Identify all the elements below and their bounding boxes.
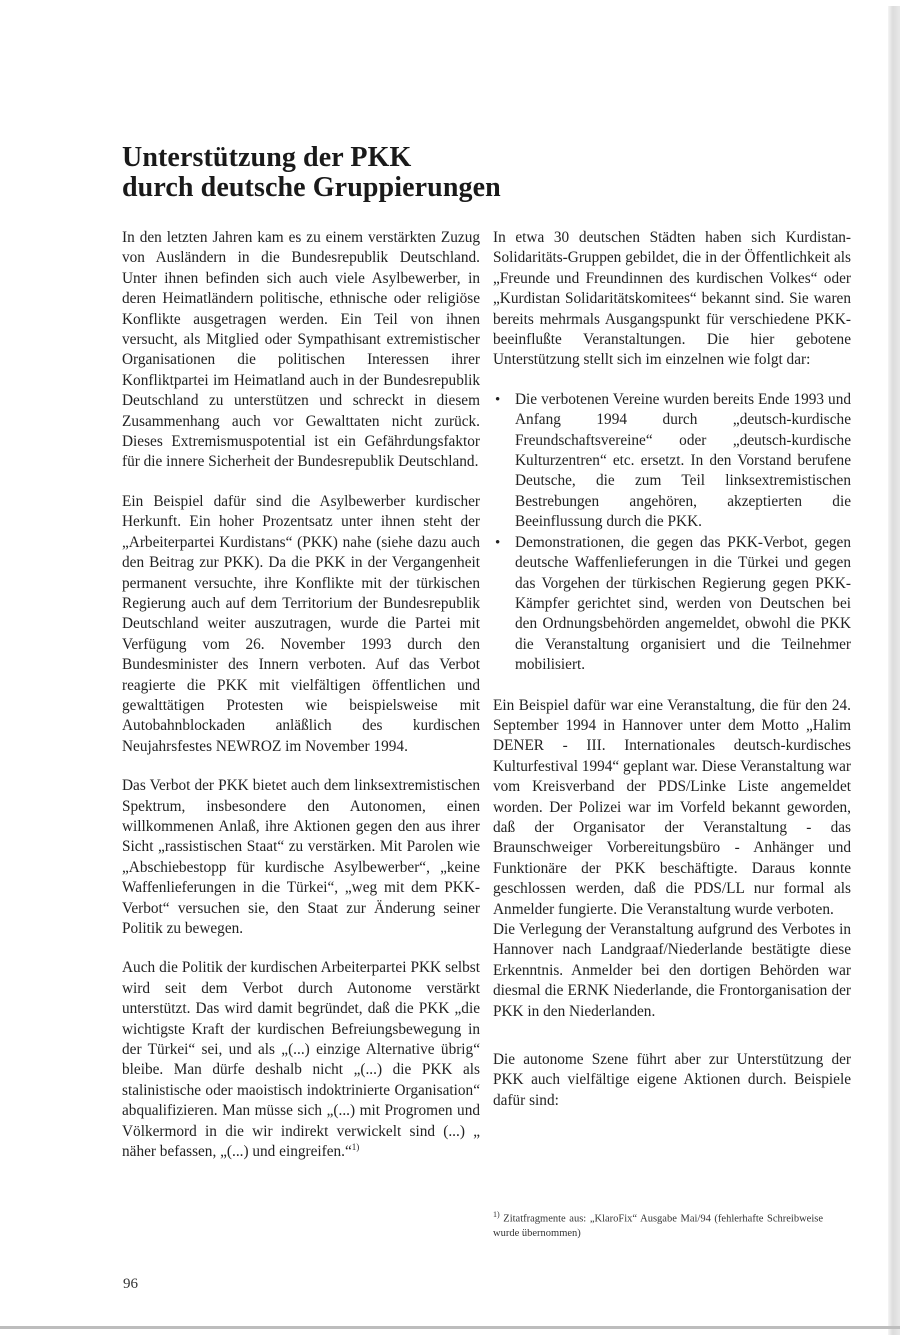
- page-number: 96: [123, 1276, 138, 1293]
- scan-edge-shadow: [888, 6, 900, 1335]
- paragraph-autonome-actions: Die autonome Szene führt aber zur Unters…: [493, 1050, 851, 1111]
- paragraph-landgraaf: Die Verlegung der Veranstaltung aufgrund…: [493, 920, 851, 1022]
- list-item-text: Die verbotenen Vereine wurden bereits En…: [515, 391, 851, 530]
- title-line-1: Unterstützung der PKK: [122, 142, 411, 173]
- scan-bottom-edge: [0, 1326, 900, 1329]
- paragraph-hannover-example: Ein Beispiel dafür war eine Veranstaltun…: [493, 696, 851, 920]
- list-item: • Demonstrationen, die gegen das PKK-Ver…: [493, 533, 851, 676]
- footnote-marker: 1): [493, 1210, 500, 1219]
- paragraph-intro: In den letzten Jahren kam es zu einem ve…: [122, 228, 480, 473]
- bullet-icon: •: [495, 533, 500, 553]
- paragraph-kurdish-asylum: Ein Beispiel dafür sind die Asylbewerber…: [122, 492, 480, 757]
- paragraph-solidarity-groups: In etwa 30 deutschen Städten haben sich …: [493, 228, 851, 371]
- title-line-2: durch deutsche Gruppierungen: [122, 172, 501, 203]
- paragraph-autonome-text: Auch die Politik der kurdischen Arbeiter…: [122, 959, 480, 1160]
- bullet-icon: •: [495, 390, 500, 410]
- footnote-reference[interactable]: 1): [352, 1142, 360, 1152]
- footnote: 1) Zitatfragmente aus: „KlaroFix“ Ausgab…: [493, 1208, 823, 1241]
- page-title: Unterstützung der PKK durch deutsche Gru…: [122, 143, 542, 203]
- footnote-text: Zitatfragmente aus: „KlaroFix“ Ausgabe M…: [493, 1214, 823, 1239]
- paragraph-autonome-support: Auch die Politik der kurdischen Arbeiter…: [122, 958, 480, 1162]
- list-item: • Die verbotenen Vereine wurden bereits …: [493, 390, 851, 533]
- support-list: • Die verbotenen Vereine wurden bereits …: [493, 390, 851, 676]
- list-item-text: Demonstrationen, die gegen das PKK-Verbo…: [515, 534, 851, 673]
- paragraph-left-extremist: Das Verbot der PKK bietet auch dem links…: [122, 776, 480, 939]
- left-column: In den letzten Jahren kam es zu einem ve…: [122, 228, 480, 1162]
- right-column: In etwa 30 deutschen Städten haben sich …: [493, 228, 851, 1130]
